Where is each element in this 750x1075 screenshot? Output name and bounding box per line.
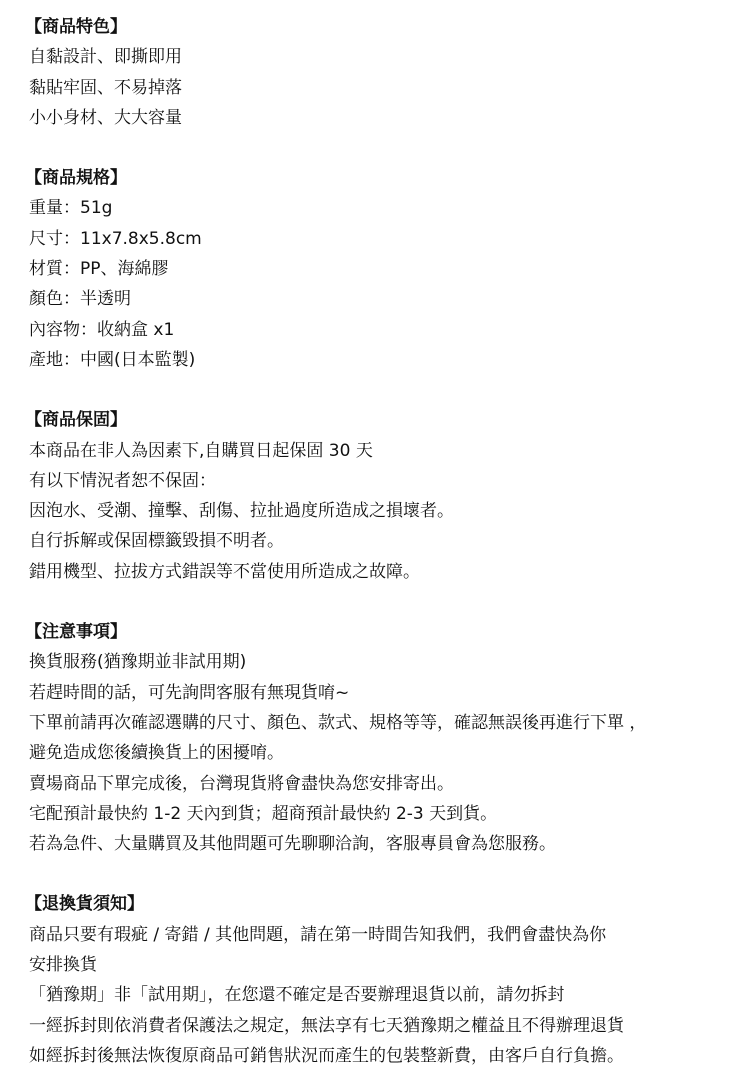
section-warranty: 【商品保固】 本商品在非人為因素下,自購買日起保固 30 天 有以下情況者恕不保… [29,405,750,587]
list-item: 如經拆封後無法恢復原商品可銷售狀況而產生的包裝整新費，由客戶自行負擔。 [29,1041,750,1071]
section-heading: 【商品保固】 [25,405,750,435]
section-features: 【商品特色】 自黏設計、即撕即用 黏貼牢固、不易掉落 小小身材、大大容量 [29,12,750,133]
list-item: 安排換貨 [29,950,750,980]
product-description: 【商品特色】 自黏設計、即撕即用 黏貼牢固、不易掉落 小小身材、大大容量 【商品… [0,0,750,1071]
list-item: 宅配預計最快約 1-2 天內到貨；超商預計最快約 2-3 天到貨。 [29,799,750,829]
section-specs: 【商品規格】 重量：51g 尺寸：11x7.8x5.8cm 材質：PP、海綿膠 … [29,163,750,375]
list-item: 因泡水、受潮、撞擊、刮傷、拉扯過度所造成之損壞者。 [29,496,750,526]
list-item: 材質：PP、海綿膠 [29,254,750,284]
list-item: 本商品在非人為因素下,自購買日起保固 30 天 [29,436,750,466]
section-notes: 【注意事項】 換貨服務(猶豫期並非試用期) 若趕時間的話，可先詢問客服有無現貨唷… [29,617,750,859]
list-item: 賣場商品下單完成後，台灣現貨將會盡快為您安排寄出。 [29,769,750,799]
list-item: 產地：中國(日本監製) [29,345,750,375]
list-item: 顏色：半透明 [29,284,750,314]
list-item: 下單前請再次確認選購的尺寸、顏色、款式、規格等等，確認無誤後再進行下單 ， [29,708,750,738]
section-heading: 【商品規格】 [25,163,750,193]
list-item: 自行拆解或保固標籤毀損不明者。 [29,526,750,556]
list-item: 避免造成您後續換貨上的困擾唷。 [29,738,750,768]
section-heading: 【退換貨須知】 [25,889,750,919]
list-item: 黏貼牢固、不易掉落 [29,73,750,103]
section-heading: 【商品特色】 [25,12,750,42]
list-item: 自黏設計、即撕即用 [29,42,750,72]
list-item: 一經拆封則依消費者保護法之規定，無法享有七天猶豫期之權益且不得辦理退貨 [29,1011,750,1041]
section-heading: 【注意事項】 [25,617,750,647]
list-item: 商品只要有瑕疵 / 寄錯 / 其他問題，請在第一時間告知我們，我們會盡快為你 [29,920,750,950]
list-item: 尺寸：11x7.8x5.8cm [29,224,750,254]
list-item: 「猶豫期」非「試用期」，在您還不確定是否要辦理退貨以前，請勿拆封 [29,980,750,1010]
list-item: 小小身材、大大容量 [29,103,750,133]
list-item: 內容物：收納盒 x1 [29,315,750,345]
list-item: 有以下情況者恕不保固： [29,466,750,496]
list-item: 重量：51g [29,193,750,223]
list-item: 若趕時間的話，可先詢問客服有無現貨唷~ [29,678,750,708]
list-item: 錯用機型、拉拔方式錯誤等不當使用所造成之故障。 [29,557,750,587]
list-item: 若為急件、大量購買及其他問題可先聊聊洽詢，客服專員會為您服務。 [29,829,750,859]
list-item: 換貨服務(猶豫期並非試用期) [29,647,750,677]
section-returns: 【退換貨須知】 商品只要有瑕疵 / 寄錯 / 其他問題，請在第一時間告知我們，我… [29,889,750,1071]
